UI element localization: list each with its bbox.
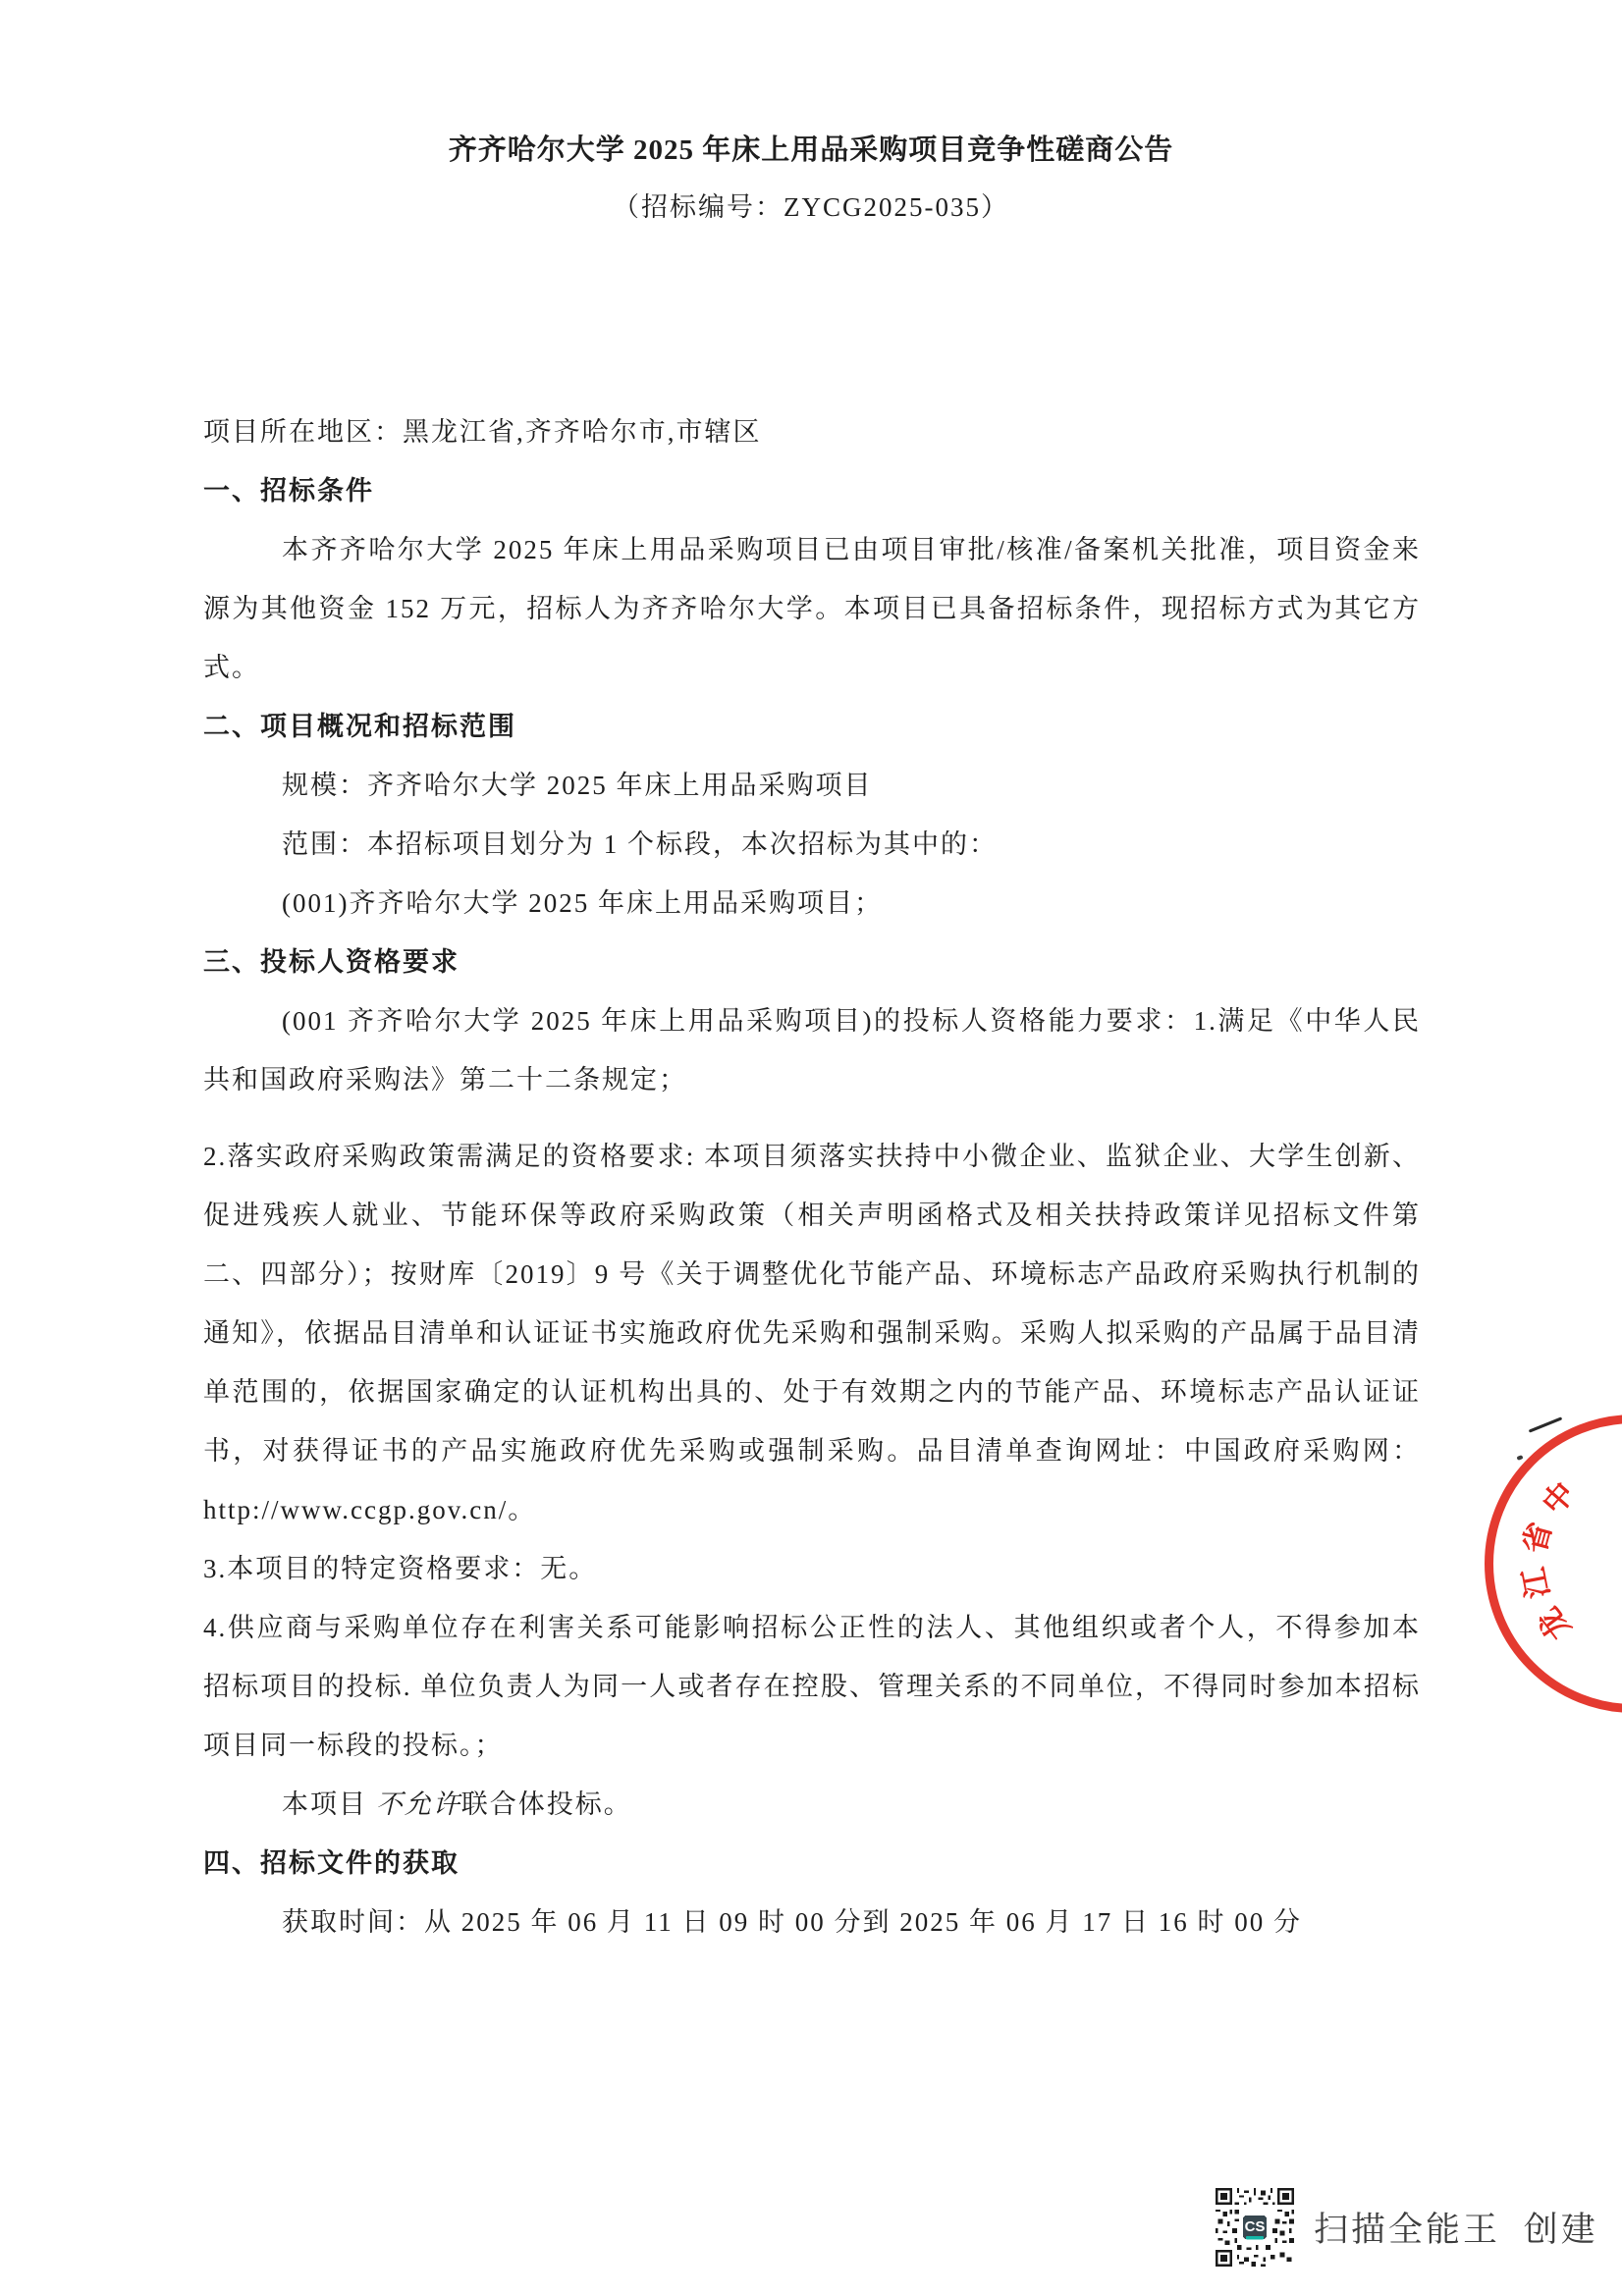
qr-center-label: CS xyxy=(1245,2218,1266,2235)
title-block: 齐齐哈尔大学 2025 年床上用品采购项目竞争性磋商公告 （招标编号：ZYCG2… xyxy=(202,128,1420,224)
qualification-requirement-3: 3.本项目的特定资格要求：无。 xyxy=(203,1539,1421,1598)
scanner-watermark: CS 扫描全能王 创建 xyxy=(1216,2188,1598,2267)
scope-line: 范围：本招标项目划分为 1 个标段，本次招标为其中的： xyxy=(203,815,1421,874)
project-location-line: 项目所在地区：黑龙江省,齐齐哈尔市,市辖区 xyxy=(203,402,1421,461)
section-1-paragraph: 本齐齐哈尔大学 2025 年床上用品采购项目已由项目审批/核准/备案机关批准，项… xyxy=(203,520,1421,697)
joint-bid-line: 本项目 不允许联合体投标。 xyxy=(203,1775,1421,1834)
tender-number: （招标编号：ZYCG2025-035） xyxy=(202,186,1420,224)
official-seal: 龙 江 省 中 xyxy=(1485,1415,1622,1713)
section-2-heading: 二、项目概况和招标范围 xyxy=(203,697,1421,756)
scanner-app-label: 扫描全能王 创建 xyxy=(1314,2203,1598,2252)
seal-character: 江 xyxy=(1516,1562,1557,1603)
qualification-requirement-2: 2.落实政府采购政策需满足的资格要求: 本项目须落实扶持中小微企业、监狱企业、大… xyxy=(203,1127,1421,1539)
scale-line: 规模：齐齐哈尔大学 2025 年床上用品采购项目 xyxy=(203,756,1421,815)
lot-line: (001)齐齐哈尔大学 2025 年床上用品采购项目； xyxy=(203,874,1421,933)
document-obtain-time-line: 获取时间：从 2025 年 06 月 11 日 09 时 00 分到 2025 … xyxy=(203,1893,1421,1951)
seal-ring-icon xyxy=(1485,1415,1622,1713)
section-1-heading: 一、招标条件 xyxy=(203,461,1421,520)
qr-code-icon: CS xyxy=(1216,2188,1294,2267)
qualification-requirement-1: (001 齐齐哈尔大学 2025 年床上用品采购项目)的投标人资格能力要求：1.… xyxy=(203,991,1421,1109)
document-page: 齐齐哈尔大学 2025 年床上用品采购项目竞争性磋商公告 （招标编号：ZYCG2… xyxy=(0,0,1622,2296)
document-body: 项目所在地区：黑龙江省,齐齐哈尔市,市辖区 一、招标条件 本齐齐哈尔大学 202… xyxy=(203,402,1421,1951)
joint-bid-prefix: 本项目 xyxy=(282,1789,376,1819)
joint-bid-suffix: 联合体投标。 xyxy=(461,1789,632,1819)
document-title: 齐齐哈尔大学 2025 年床上用品采购项目竞争性磋商公告 xyxy=(202,128,1420,168)
section-4-heading: 四、招标文件的获取 xyxy=(203,1834,1421,1893)
joint-bid-emphasis: 不允许 xyxy=(376,1789,461,1819)
section-3-heading: 三、投标人资格要求 xyxy=(203,933,1421,991)
qualification-requirement-4: 4.供应商与采购单位存在利害关系可能影响招标公正性的法人、其他组织或者个人，不得… xyxy=(203,1598,1421,1775)
